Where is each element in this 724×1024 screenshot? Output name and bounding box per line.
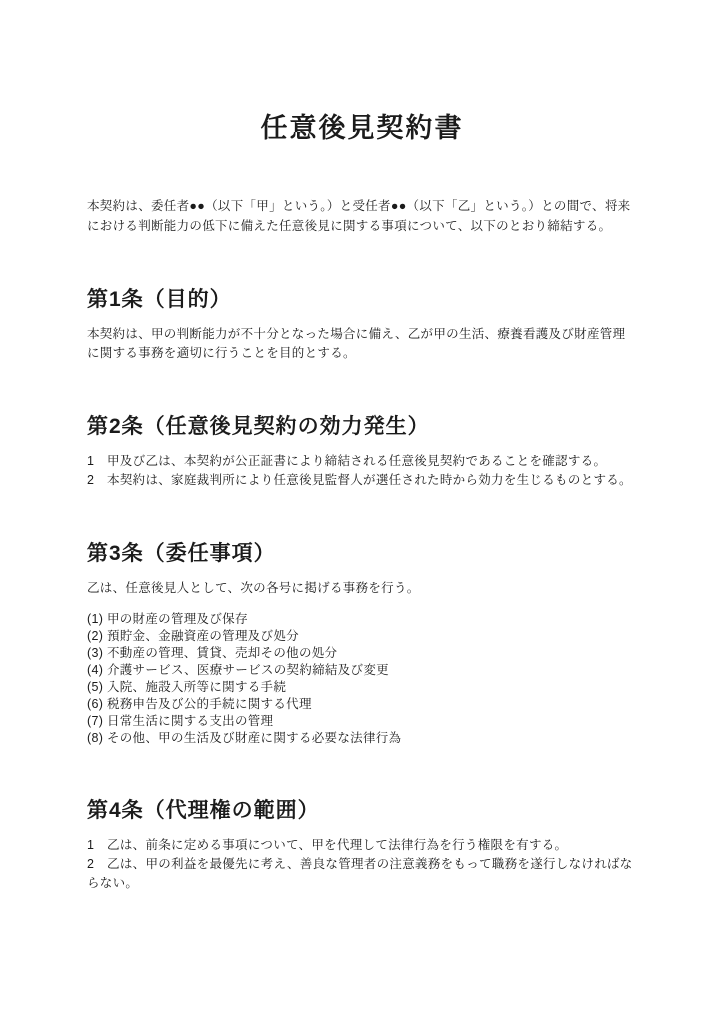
contract-document-page: 任意後見契約書 本契約は、委任者●●（以下「甲」という。）と受任者●●（以下「乙… — [0, 0, 724, 1024]
article-3-heading: 第3条（委任事項） — [87, 539, 637, 569]
delegated-task-item: (3) 不動産の管理、賃貸、売却その他の処分 — [87, 645, 637, 662]
article-2-numbered-item: 1 甲及び乙は、本契約が公正証書により締結される任意後見契約であることを確認する… — [87, 452, 637, 471]
delegated-task-list: (1) 甲の財産の管理及び保存 (2) 預貯金、金融資産の管理及び処分 (3) … — [87, 611, 637, 747]
article-4-numbered-item: 2 乙は、甲の利益を最優先に考え、善良な管理者の注意義務をもって職務を遂行しなけ… — [87, 855, 637, 893]
article-1-paragraph: 本契約は、甲の判断能力が不十分となった場合に備え、乙が甲の生活、療養看護及び財産… — [87, 325, 637, 363]
delegated-task-item: (7) 日常生活に関する支出の管理 — [87, 713, 637, 730]
delegated-task-item: (1) 甲の財産の管理及び保存 — [87, 611, 637, 628]
article-2-heading: 第2条（任意後見契約の効力発生） — [87, 412, 637, 442]
article-4-numbered-item: 1 乙は、前条に定める事項について、甲を代理して法律行為を行う権限を有する。 — [87, 836, 637, 855]
intro-paragraph: 本契約は、委任者●●（以下「甲」という。）と受任者●●（以下「乙」という。）との… — [87, 196, 637, 236]
article-3-lead-paragraph: 乙は、任意後見人として、次の各号に掲げる事務を行う。 — [87, 579, 637, 598]
document-title: 任意後見契約書 — [87, 0, 637, 146]
delegated-task-item: (4) 介護サービス、医療サービスの契約締結及び変更 — [87, 662, 637, 679]
article-4-scope-of-authority: 第4条（代理権の範囲） 1 乙は、前条に定める事項について、甲を代理して法律行為… — [87, 796, 637, 893]
article-1-purpose: 第1条（目的） 本契約は、甲の判断能力が不十分となった場合に備え、乙が甲の生活、… — [87, 285, 637, 363]
article-2-effectiveness: 第2条（任意後見契約の効力発生） 1 甲及び乙は、本契約が公正証書により締結され… — [87, 412, 637, 490]
article-1-heading: 第1条（目的） — [87, 285, 637, 315]
article-4-heading: 第4条（代理権の範囲） — [87, 796, 637, 826]
delegated-task-item: (2) 預貯金、金融資産の管理及び処分 — [87, 628, 637, 645]
delegated-task-item: (6) 税務申告及び公的手続に関する代理 — [87, 696, 637, 713]
delegated-task-item: (8) その他、甲の生活及び財産に関する必要な法律行為 — [87, 730, 637, 747]
delegated-task-item: (5) 入院、施設入所等に関する手続 — [87, 679, 637, 696]
article-3-delegated-matters: 第3条（委任事項） 乙は、任意後見人として、次の各号に掲げる事務を行う。 (1)… — [87, 539, 637, 747]
article-2-numbered-item: 2 本契約は、家庭裁判所により任意後見監督人が選任された時から効力を生じるものと… — [87, 471, 637, 490]
